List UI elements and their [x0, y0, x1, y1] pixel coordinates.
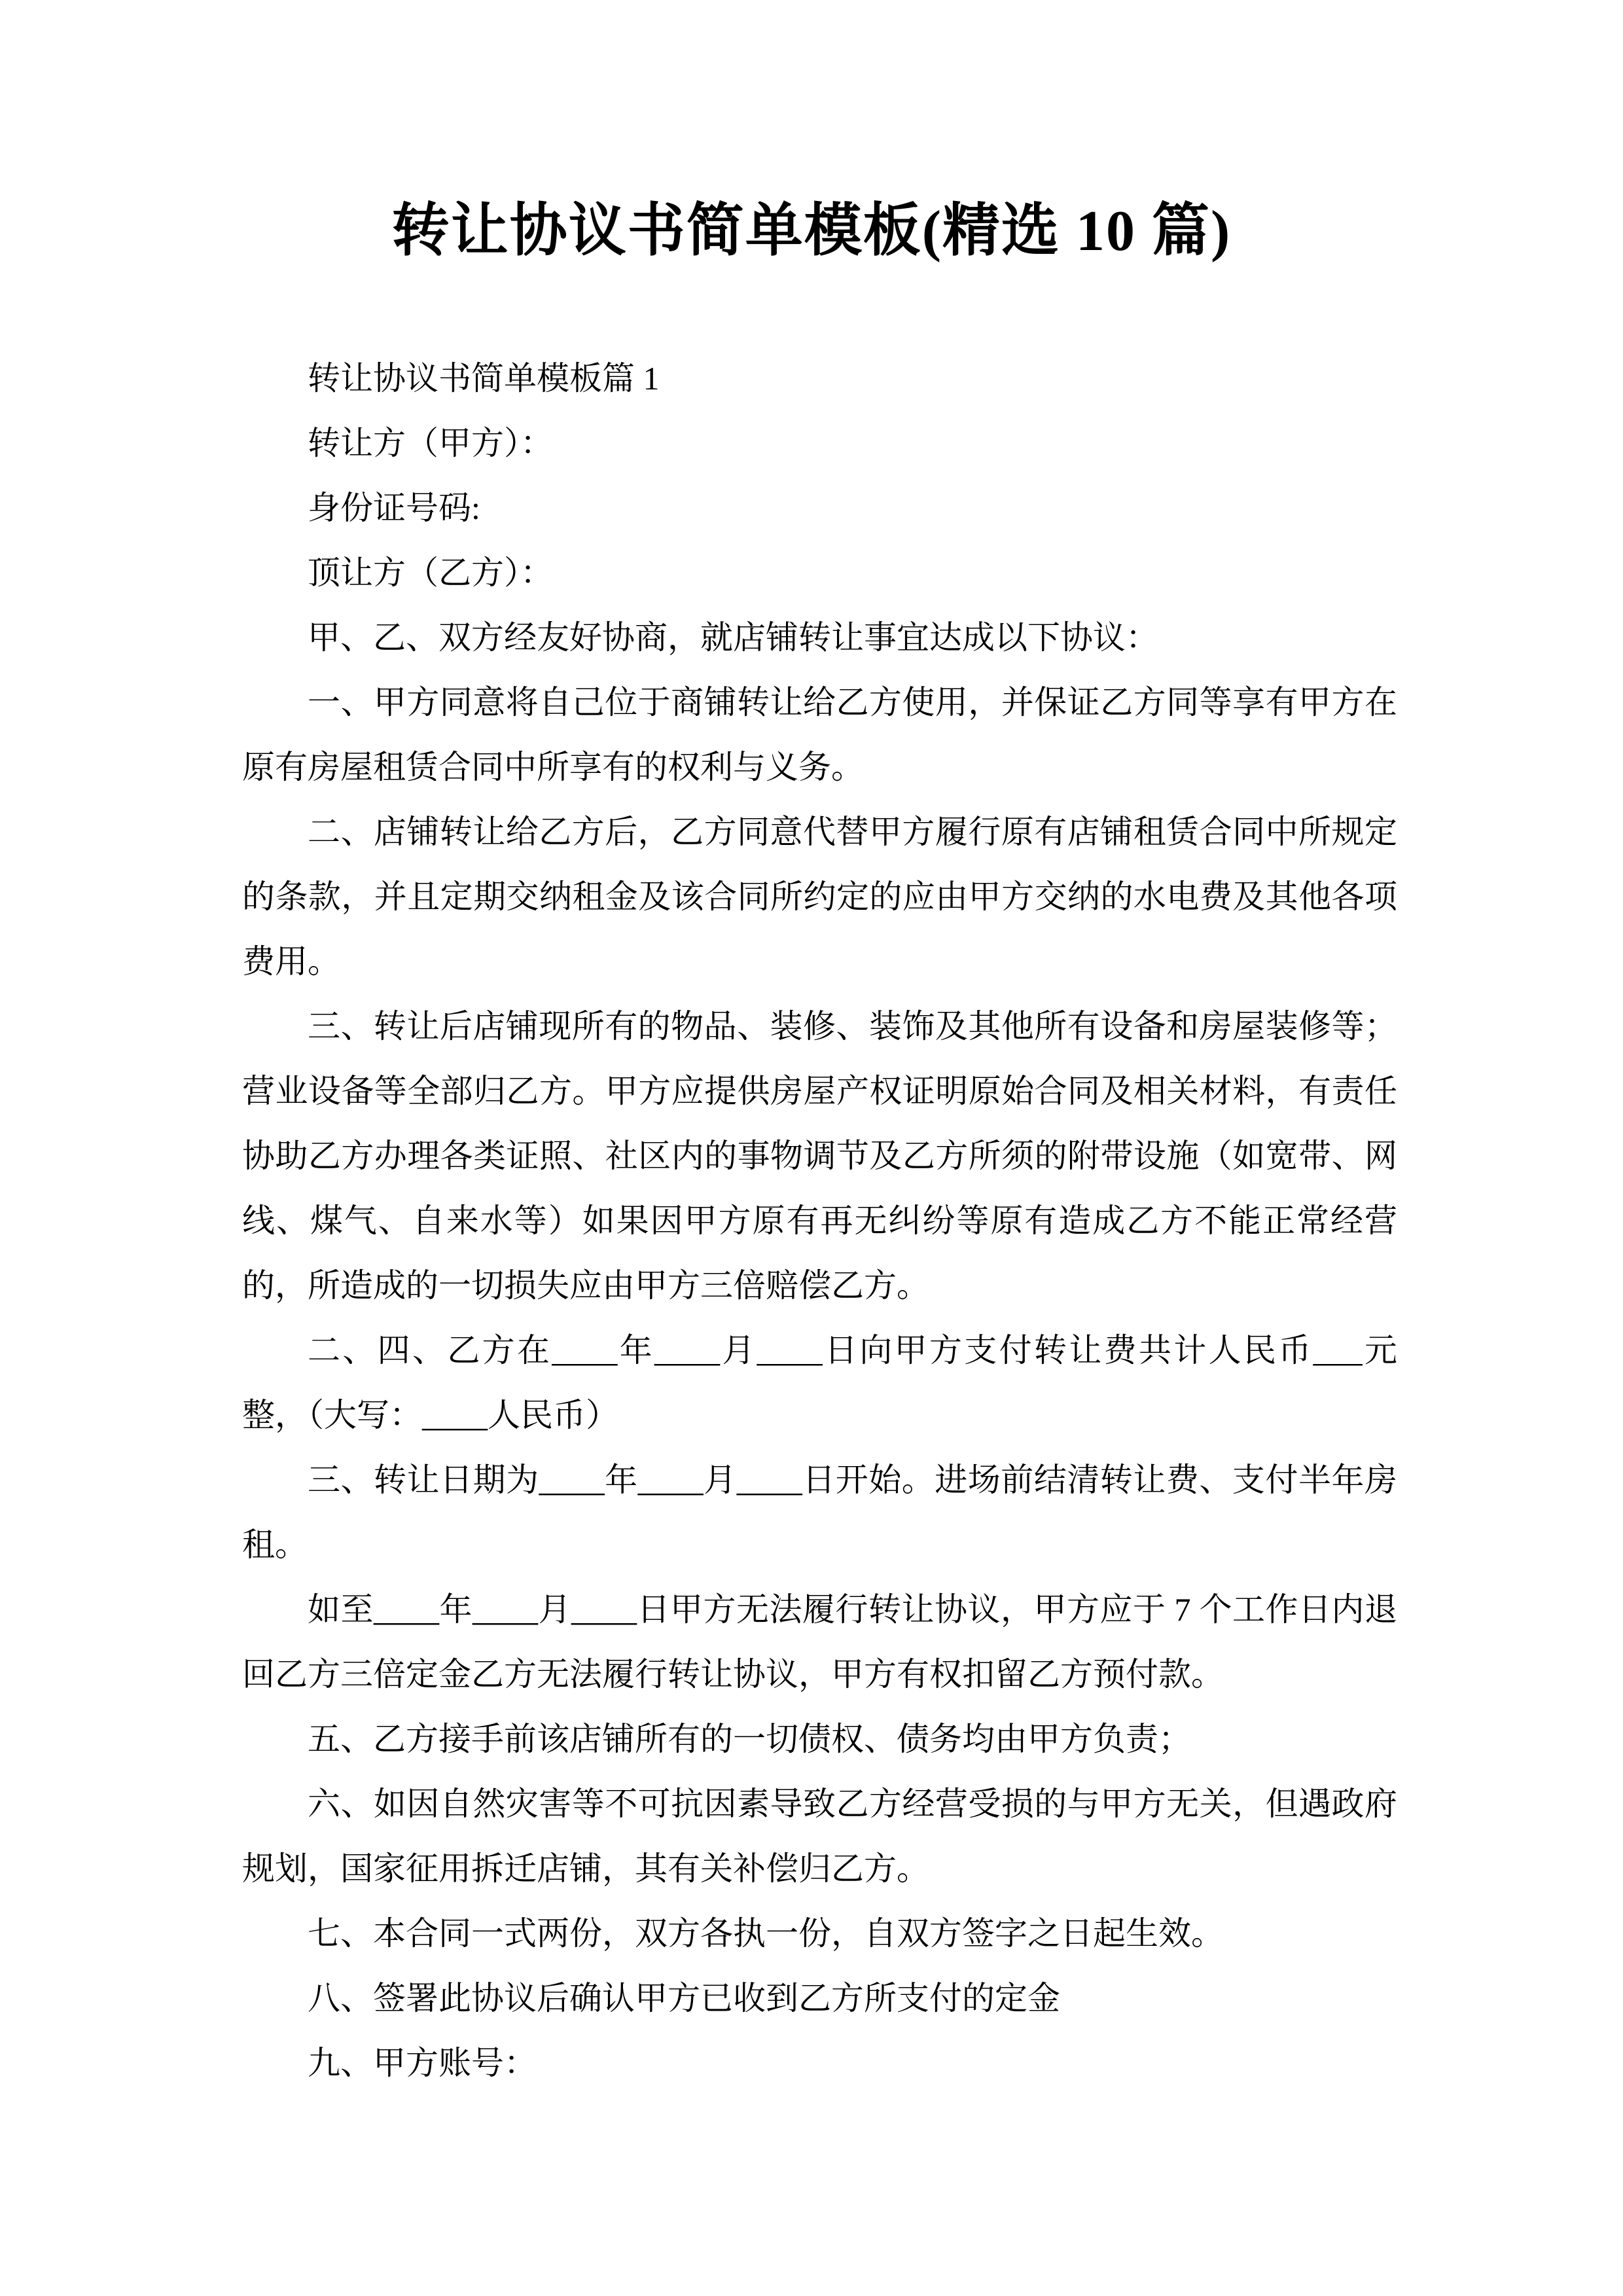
clause-9-account: 九、甲方账号： [242, 2031, 1397, 2096]
document-page: 转让协议书简单模板(精选 10 篇) 转让协议书简单模板篇 1 转让方（甲方）：… [0, 0, 1623, 2296]
clause-breach: 如至____年____月____日甲方无法履行转让协议，甲方应于 7 个工作日内… [242, 1577, 1397, 1707]
page-title: 转让协议书简单模板(精选 10 篇) [0, 195, 1623, 268]
preamble-line: 甲、乙、双方经友好协商，就店铺转让事宜达成以下协议： [242, 605, 1397, 670]
section-heading: 转让协议书简单模板篇 1 [242, 346, 1397, 411]
clause-6: 六、如因自然灾害等不可抗因素导致乙方经营受损的与甲方无关，但遇政府规划，国家征用… [242, 1772, 1397, 1901]
clause-2: 二、店铺转让给乙方后，乙方同意代替甲方履行原有店铺租赁合同中所规定的条款，并且定… [242, 800, 1397, 994]
clause-7: 七、本合同一式两份，双方各执一份，自双方签字之日起生效。 [242, 1901, 1397, 1966]
clause-5: 五、乙方接手前该店铺所有的一切债权、债务均由甲方负责； [242, 1707, 1397, 1772]
clause-3: 三、转让后店铺现所有的物品、装修、装饰及其他所有设备和房屋装修等；营业设备等全部… [242, 994, 1397, 1318]
transferor-line: 转让方（甲方）： [242, 411, 1397, 476]
id-number-line: 身份证号码: [242, 476, 1397, 541]
clause-4-payment: 二、四、乙方在____年____月____日向甲方支付转让费共计人民币___元整… [242, 1318, 1397, 1448]
document-body: 转让协议书简单模板篇 1 转让方（甲方）： 身份证号码: 顶让方（乙方）： 甲、… [242, 346, 1397, 2096]
transferee-line: 顶让方（乙方）： [242, 541, 1397, 605]
clause-1: 一、甲方同意将自己位于商铺转让给乙方使用，并保证乙方同等享有甲方在原有房屋租赁合… [242, 670, 1397, 800]
clause-transfer-date: 三、转让日期为____年____月____日开始。进场前结清转让费、支付半年房租… [242, 1448, 1397, 1577]
clause-8: 八、签署此协议后确认甲方已收到乙方所支付的定金 [242, 1966, 1397, 2031]
